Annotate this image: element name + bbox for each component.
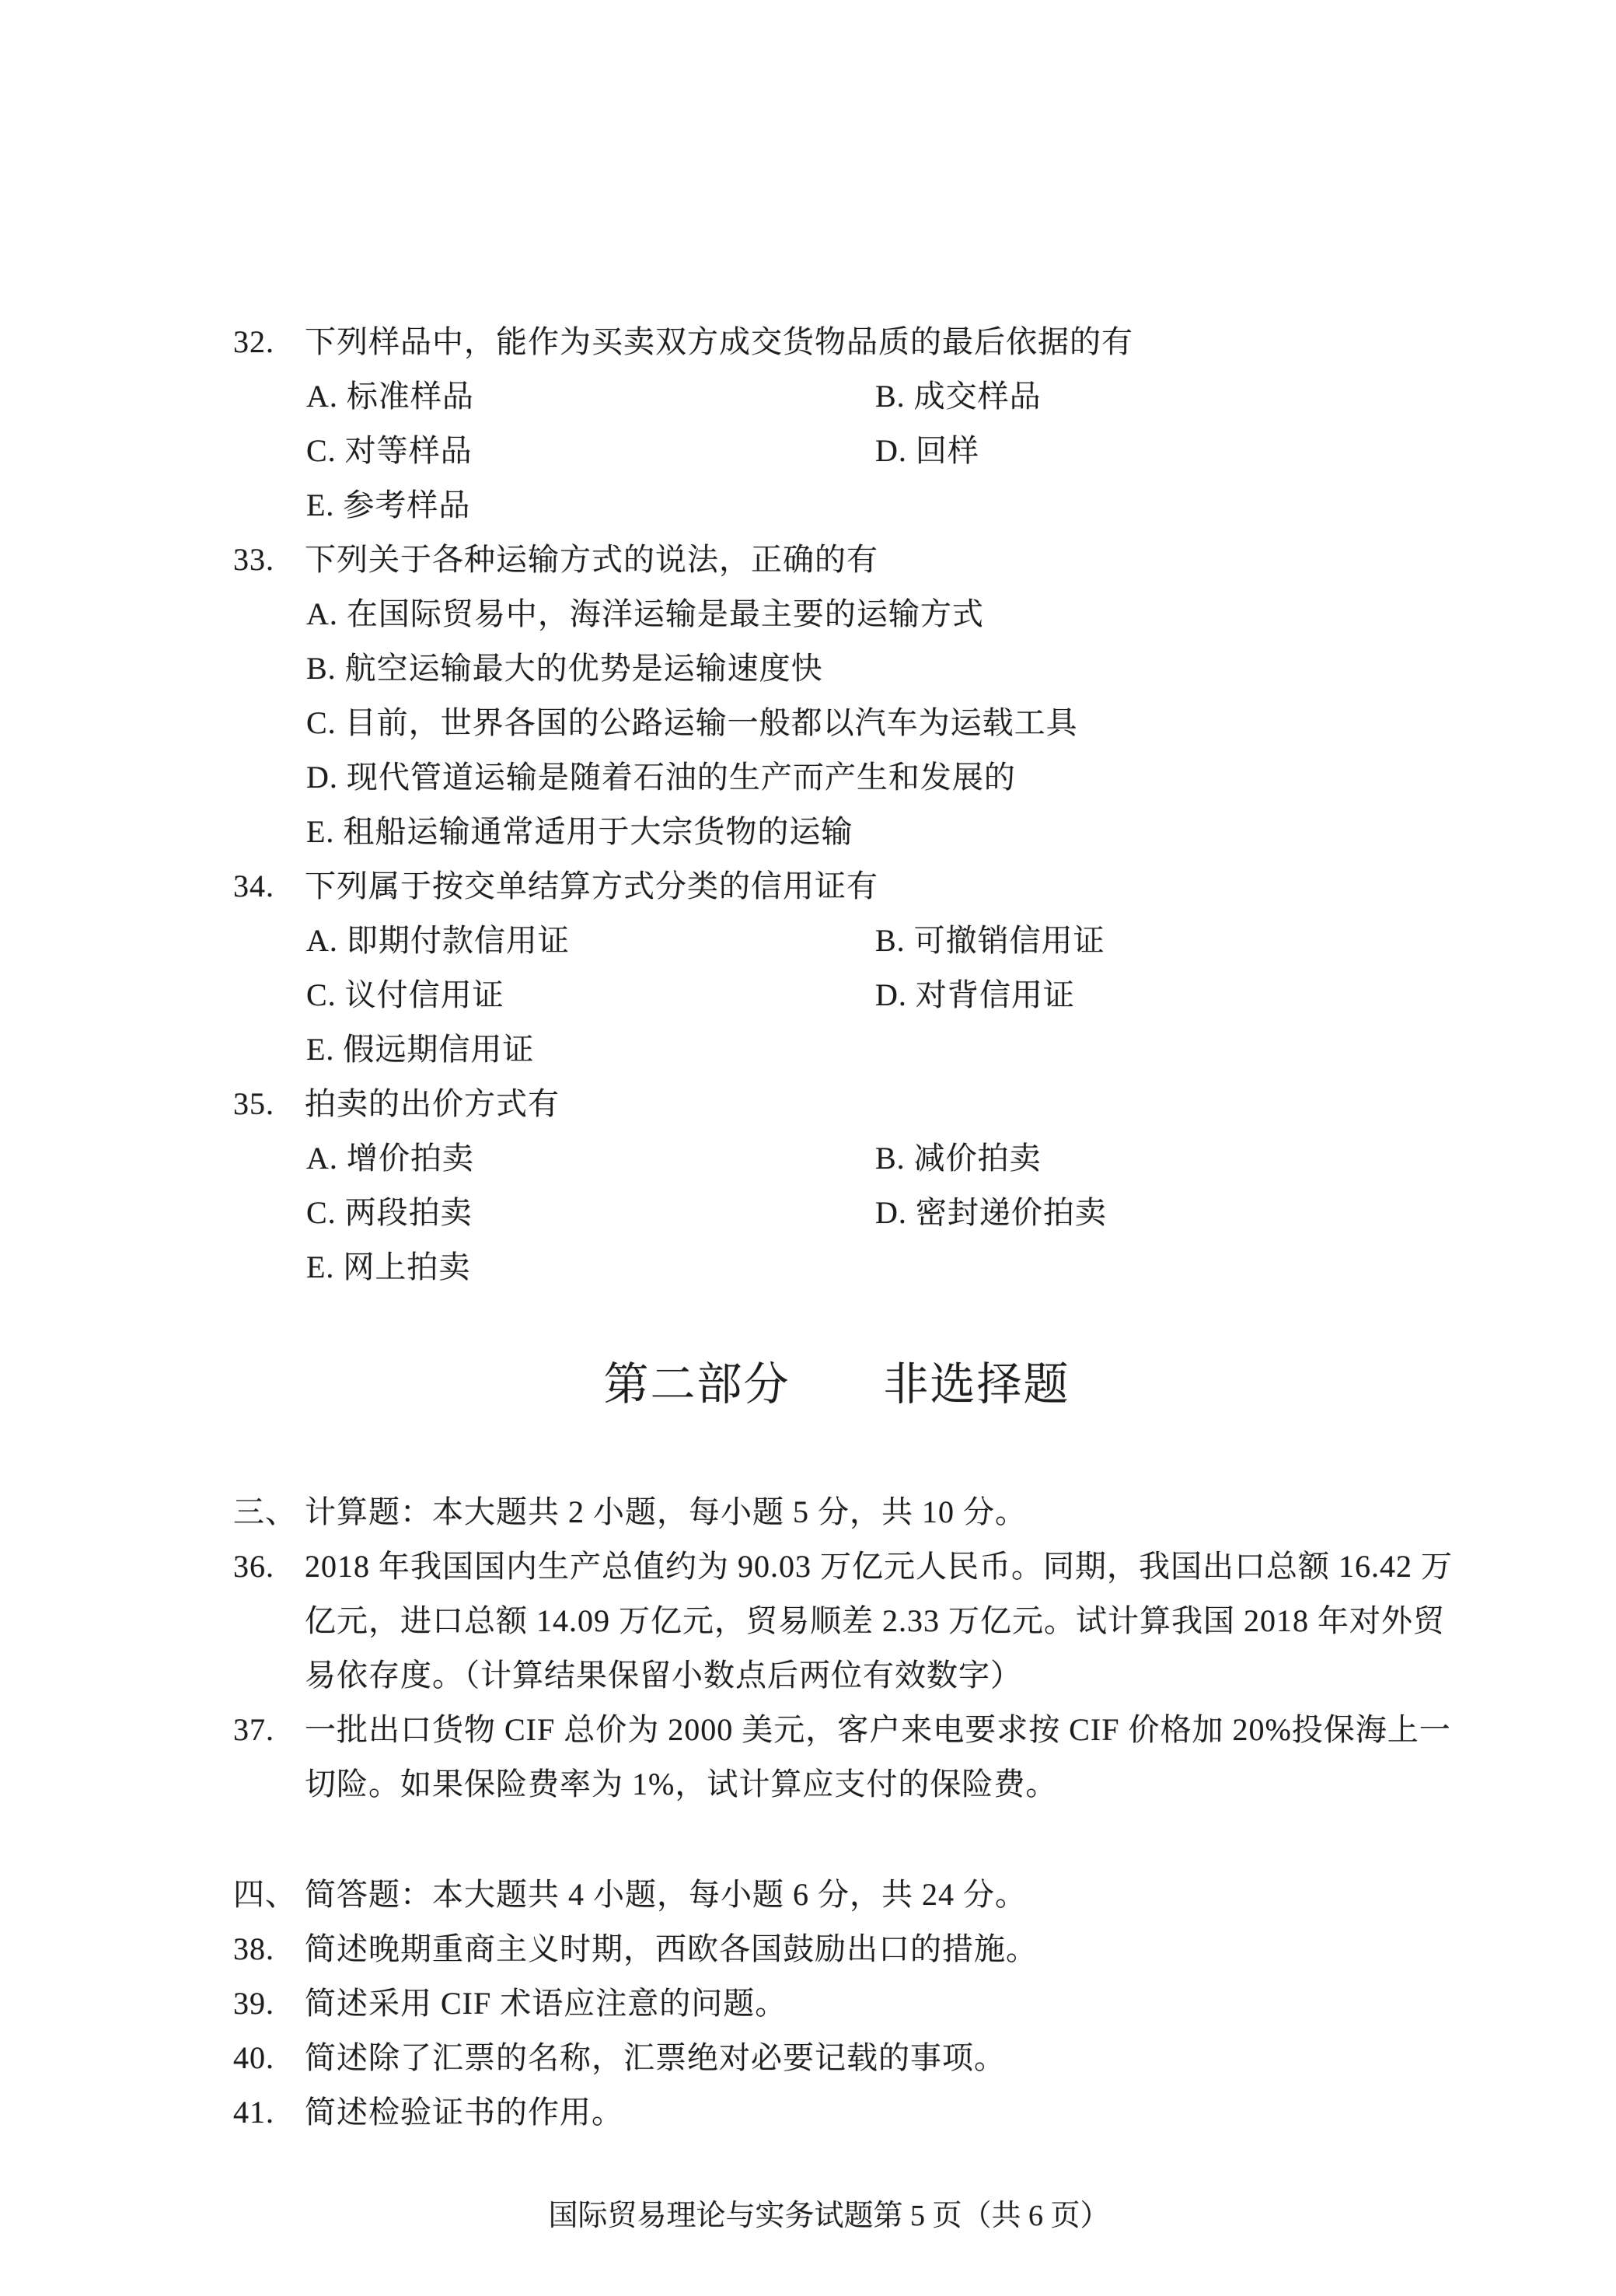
option-32-e: E. 参考样品 — [306, 478, 470, 533]
question-34: 34. 下列属于按交单结算方式分类的信用证有 — [0, 859, 1616, 914]
question-33-text: 下列关于各种运输方式的说法，正确的有 — [305, 533, 1616, 587]
question-34-options-cd: C. 议付信用证 D. 对背信用证 — [0, 968, 1616, 1022]
question-37-line2-text: 切险。如果保险费率为 1%，试计算应支付的保险费。 — [305, 1767, 1057, 1802]
question-35-number: 35. — [233, 1077, 305, 1131]
question-36-line2-text: 亿元，进口总额 14.09 万亿元，贸易顺差 2.33 万亿元。试计算我国 20… — [305, 1603, 1445, 1638]
question-41-number: 41. — [233, 2085, 305, 2140]
question-36: 36. 2018 年我国国内生产总值约为 90.03 万亿元人民币。同期，我国出… — [0, 1539, 1616, 1594]
question-33-option-a: A. 在国际贸易中，海洋运输是最主要的运输方式 — [0, 587, 1616, 641]
question-34-number: 34. — [233, 859, 305, 914]
option-33-b: B. 航空运输最大的优势是运输速度快 — [306, 641, 823, 696]
question-36-line3: 易依存度。（计算结果保留小数点后两位有效数字） — [0, 1648, 1616, 1703]
option-33-d: D. 现代管道运输是随着石油的生产而产生和发展的 — [306, 750, 1016, 805]
exam-page: 32. 下列样品中，能作为买卖双方成交货物品质的最后依据的有 A. 标准样品 B… — [0, 0, 1616, 2296]
question-35-options-ab: A. 增价拍卖 B. 减价拍卖 — [0, 1131, 1616, 1186]
question-32-options-cd: C. 对等样品 D. 回样 — [0, 424, 1616, 478]
question-41: 41. 简述检验证书的作用。 — [0, 2085, 1616, 2140]
question-35-option-e: E. 网上拍卖 — [0, 1240, 1616, 1295]
option-32-d: D. 回样 — [875, 424, 979, 478]
option-34-c: C. 议付信用证 — [306, 968, 875, 1022]
question-37: 37. 一批出口货物 CIF 总价为 2000 美元，客户来电要求按 CIF 价… — [0, 1703, 1616, 1757]
option-35-a: A. 增价拍卖 — [306, 1131, 875, 1186]
part2-heading-text: 第二部分 非选择题 — [603, 1359, 1070, 1410]
exam-content: 32. 下列样品中，能作为买卖双方成交货物品质的最后依据的有 A. 标准样品 B… — [0, 315, 1616, 2140]
section-calc-title: 计算题：本大题共 2 小题，每小题 5 分，共 10 分。 — [305, 1485, 1616, 1539]
question-32-text: 下列样品中，能作为买卖双方成交货物品质的最后依据的有 — [305, 315, 1616, 369]
option-35-d: D. 密封递价拍卖 — [875, 1186, 1107, 1240]
question-41-text: 简述检验证书的作用。 — [305, 2085, 1616, 2140]
question-32: 32. 下列样品中，能作为买卖双方成交货物品质的最后依据的有 — [0, 315, 1616, 369]
option-33-c: C. 目前，世界各国的公路运输一般都以汽车为运载工具 — [306, 696, 1078, 750]
question-39: 39. 简述采用 CIF 术语应注意的问题。 — [0, 1976, 1616, 2031]
question-33-number: 33. — [233, 533, 305, 587]
question-38-text: 简述晚期重商主义时期，西欧各国鼓励出口的措施。 — [305, 1922, 1616, 1976]
question-33-option-b: B. 航空运输最大的优势是运输速度快 — [0, 641, 1616, 696]
option-34-b: B. 可撤销信用证 — [875, 914, 1105, 968]
option-35-c: C. 两段拍卖 — [306, 1186, 875, 1240]
question-32-options-ab: A. 标准样品 B. 成交样品 — [0, 369, 1616, 424]
question-35-text: 拍卖的出价方式有 — [305, 1077, 1616, 1131]
question-36-line2: 亿元，进口总额 14.09 万亿元，贸易顺差 2.33 万亿元。试计算我国 20… — [0, 1594, 1616, 1648]
question-33-option-e: E. 租船运输通常适用于大宗货物的运输 — [0, 805, 1616, 859]
question-36-number: 36. — [233, 1539, 305, 1594]
option-35-b: B. 减价拍卖 — [875, 1131, 1042, 1186]
section-calc-number: 三、 — [233, 1485, 305, 1539]
option-35-e: E. 网上拍卖 — [306, 1240, 470, 1295]
question-33: 33. 下列关于各种运输方式的说法，正确的有 — [0, 533, 1616, 587]
option-34-a: A. 即期付款信用证 — [306, 914, 875, 968]
question-38: 38. 简述晚期重商主义时期，西欧各国鼓励出口的措施。 — [0, 1922, 1616, 1976]
page-footer-text: 国际贸易理论与实务试题第 5 页（共 6 页） — [548, 2200, 1109, 2232]
section-calc-header: 三、 计算题：本大题共 2 小题，每小题 5 分，共 10 分。 — [0, 1485, 1616, 1539]
question-32-number: 32. — [233, 315, 305, 369]
question-40: 40. 简述除了汇票的名称，汇票绝对必要记载的事项。 — [0, 2031, 1616, 2085]
part2-heading: 第二部分 非选择题 — [0, 1351, 1616, 1418]
question-34-options-ab: A. 即期付款信用证 B. 可撤销信用证 — [0, 914, 1616, 968]
question-37-number: 37. — [233, 1703, 305, 1757]
option-34-d: D. 对背信用证 — [875, 968, 1075, 1022]
question-39-number: 39. — [233, 1976, 305, 2031]
option-32-c: C. 对等样品 — [306, 424, 875, 478]
section-short-header: 四、 简答题：本大题共 4 小题，每小题 6 分，共 24 分。 — [0, 1868, 1616, 1922]
question-35-options-cd: C. 两段拍卖 D. 密封递价拍卖 — [0, 1186, 1616, 1240]
question-40-text: 简述除了汇票的名称，汇票绝对必要记载的事项。 — [305, 2031, 1616, 2085]
option-32-b: B. 成交样品 — [875, 369, 1042, 424]
page-footer: 国际贸易理论与实务试题第 5 页（共 6 页） — [0, 2191, 1616, 2241]
question-39-text: 简述采用 CIF 术语应注意的问题。 — [305, 1976, 1616, 2031]
question-37-line2: 切险。如果保险费率为 1%，试计算应支付的保险费。 — [0, 1757, 1616, 1812]
question-40-number: 40. — [233, 2031, 305, 2085]
question-33-option-c: C. 目前，世界各国的公路运输一般都以汽车为运载工具 — [0, 696, 1616, 750]
question-36-line3-text: 易依存度。（计算结果保留小数点后两位有效数字） — [305, 1658, 1022, 1693]
question-36-line1: 2018 年我国国内生产总值约为 90.03 万亿元人民币。同期，我国出口总额 … — [305, 1539, 1616, 1594]
question-35: 35. 拍卖的出价方式有 — [0, 1077, 1616, 1131]
option-34-e: E. 假远期信用证 — [306, 1022, 534, 1077]
question-37-line1: 一批出口货物 CIF 总价为 2000 美元，客户来电要求按 CIF 价格加 2… — [305, 1703, 1616, 1757]
section-short-number: 四、 — [233, 1868, 305, 1922]
option-33-a: A. 在国际贸易中，海洋运输是最主要的运输方式 — [306, 587, 984, 641]
option-32-a: A. 标准样品 — [306, 369, 875, 424]
question-33-option-d: D. 现代管道运输是随着石油的生产而产生和发展的 — [0, 750, 1616, 805]
question-34-option-e: E. 假远期信用证 — [0, 1022, 1616, 1077]
section-short-title: 简答题：本大题共 4 小题，每小题 6 分，共 24 分。 — [305, 1868, 1616, 1922]
question-38-number: 38. — [233, 1922, 305, 1976]
question-32-option-e: E. 参考样品 — [0, 478, 1616, 533]
question-34-text: 下列属于按交单结算方式分类的信用证有 — [305, 859, 1616, 914]
option-33-e: E. 租船运输通常适用于大宗货物的运输 — [306, 805, 853, 859]
